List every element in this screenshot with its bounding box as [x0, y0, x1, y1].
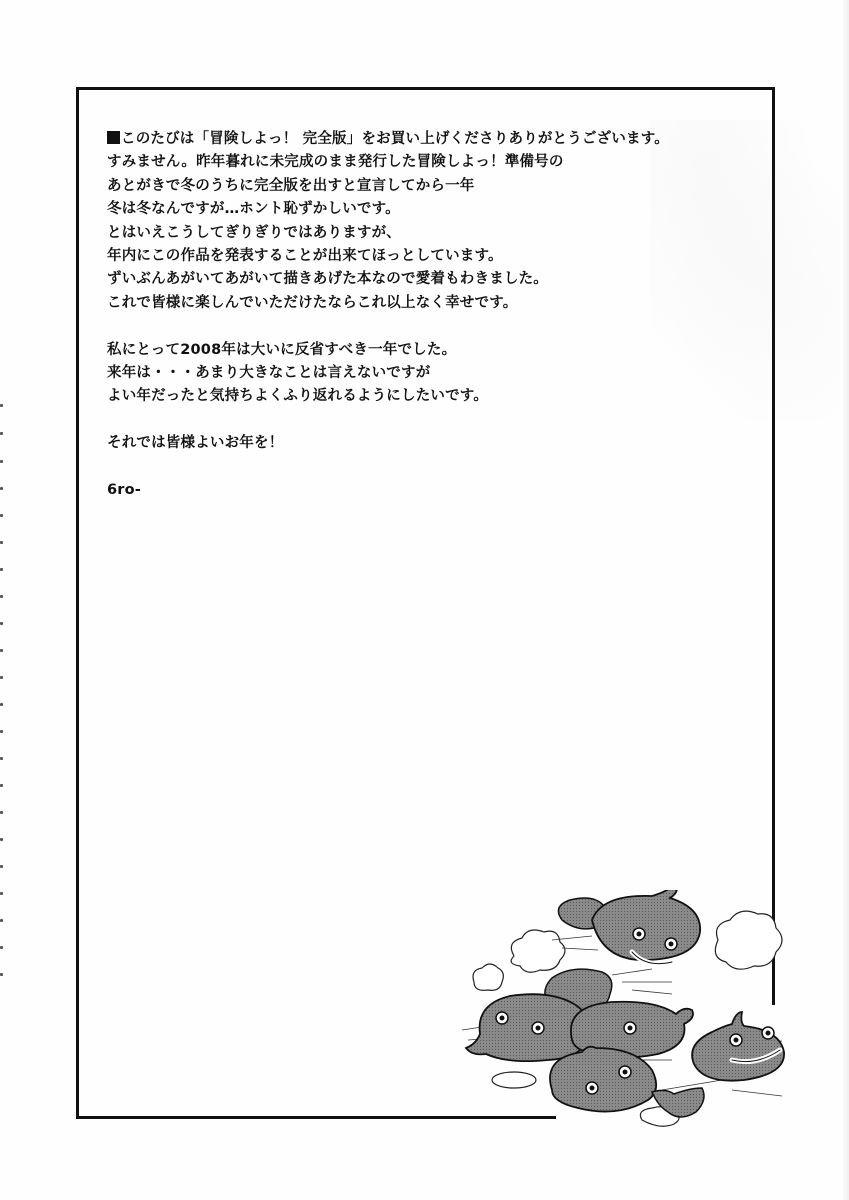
- frame-border-left: [76, 87, 79, 1119]
- text-line: 冬は冬なんですが…ホント恥ずかしいです。: [107, 198, 727, 221]
- binding-marks: [0, 0, 4, 1200]
- text-line: それでは皆様よいお年を！: [107, 432, 727, 455]
- text-line: あとがきで冬のうちに完全版を出すと宣言してから一年: [107, 175, 727, 198]
- paragraph-gap: [107, 455, 727, 478]
- afterword-text: このたびは「冒険しよっ！ 完全版」をお買い上げくださりありがとうございます。 す…: [107, 128, 727, 502]
- frame-border-right: [772, 87, 775, 1005]
- text-line: このたびは「冒険しよっ！ 完全版」をお買い上げくださりありがとうございます。: [107, 128, 727, 151]
- manga-page: このたびは「冒険しよっ！ 完全版」をお買い上げくださりありがとうございます。 す…: [0, 0, 849, 1200]
- signature: 6ro-: [107, 479, 727, 502]
- text-line: 来年は・・・あまり大きなことは言えないですが: [107, 362, 727, 385]
- text-line: 年内にこの作品を発表することが出来てほっとしています。: [107, 245, 727, 268]
- text-line: これで皆様に楽しんでいただけたならこれ以上なく幸せです。: [107, 292, 727, 315]
- slime-creatures-icon: [462, 890, 802, 1140]
- paragraph-gap: [107, 315, 727, 338]
- text-line: 私にとって2008年は大いに反省すべき一年でした。: [107, 339, 727, 362]
- black-square-icon: [107, 131, 120, 144]
- paragraph-gap: [107, 409, 727, 432]
- frame-border-top: [76, 87, 775, 90]
- text-line: とはいえこうしてぎりぎりではありますが、: [107, 222, 727, 245]
- page-edge: [843, 0, 849, 1200]
- text-line: よい年だったと気持ちよくふり返れるようにしたいです。: [107, 385, 727, 408]
- text-line: すみません。昨年暮れに未完成のまま発行した冒険しよっ！準備号の: [107, 151, 727, 174]
- text-line: ずいぶんあがいてあがいて描きあげた本なので愛着もわきました。: [107, 268, 727, 291]
